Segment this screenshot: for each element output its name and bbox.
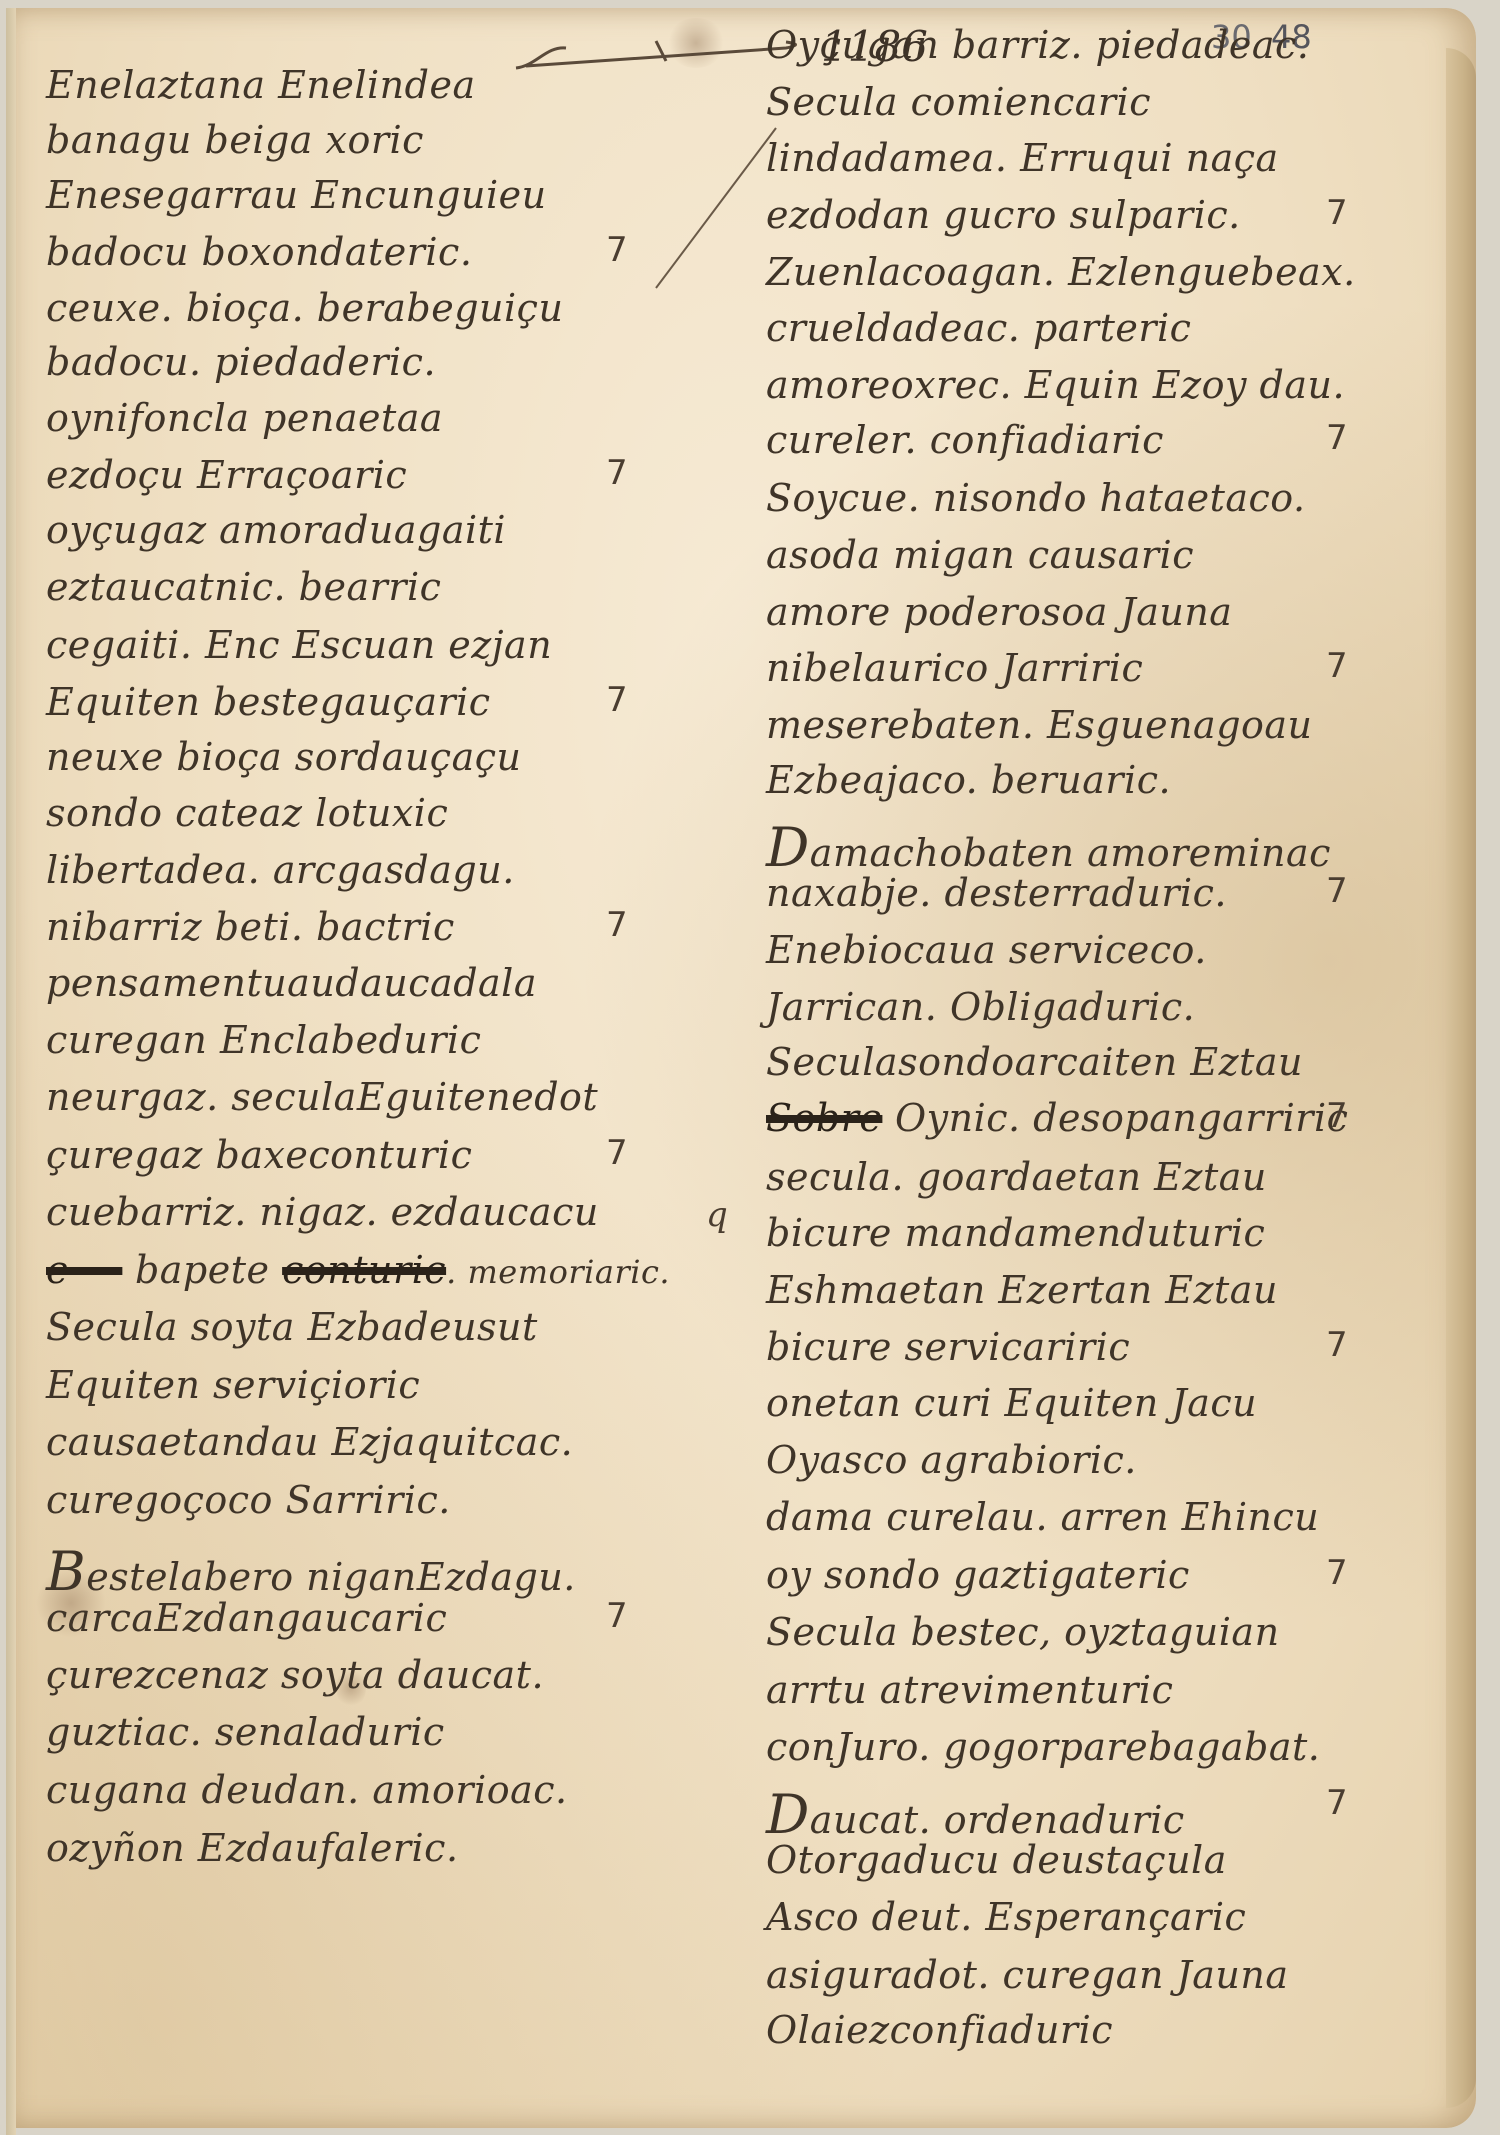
verse-line: Equiten bestegauçaric [46, 680, 491, 724]
verse-line: Ezbeajaco. beruaric. [766, 758, 1171, 802]
verse-line: curegoçoco Sarriric. [46, 1478, 451, 1522]
verse-line: ezdodan gucro sulparic. [766, 193, 1241, 237]
verse-line: Soycue. nisondo hataetaco. [766, 476, 1306, 520]
verse-line: badocu. piedaderic. [46, 340, 436, 384]
verse-end-mark-icon: 7 [1326, 1553, 1348, 1593]
verse-line: lindadamea. Erruqui naça [766, 136, 1279, 180]
verse-end-mark-icon: 7 [1326, 1096, 1348, 1136]
verse-text: conJuro. gogorparebagabat. [766, 1725, 1320, 1769]
verse-text: banagu beiga xoric [46, 118, 424, 162]
verse-text: oynifoncla penaetaa [46, 396, 443, 440]
verse-line: Eshmaetan Ezertan Eztau [766, 1268, 1278, 1312]
verse-line: e---- bapete conturic. memoriaric. [46, 1248, 670, 1292]
verse-line: Asco deut. Esperançaric [766, 1895, 1246, 1939]
verse-text: curegoçoco Sarriric. [46, 1478, 451, 1522]
verse-text: Secula bestec, oyztaguian [766, 1610, 1280, 1654]
verse-line: Otorgaducu deustaçula [766, 1838, 1227, 1882]
verse-text: Jarrican. Obligaduric. [766, 985, 1195, 1029]
verse-end-mark-icon: 7 [606, 1596, 628, 1636]
verse-text: onetan curi Equiten Jacu [766, 1381, 1257, 1425]
verse-text: cegaiti. Enc Escuan ezjan [46, 623, 552, 667]
verse-line: pensamentuaudaucadala [46, 961, 537, 1005]
verse-end-mark-icon: 7 [606, 230, 628, 270]
verse-text: Damachobaten amoreminac [766, 831, 1331, 875]
manuscript-page: 1186 30 48 Enelaztana Enelindeabanagu be… [6, 8, 1476, 2128]
verse-text: bicure servicariric [766, 1325, 1130, 1369]
verse-text: lindadamea. Erruqui naça [766, 136, 1279, 180]
verse-line: guztiac. senaladuric [46, 1710, 445, 1754]
marginal-insertion: . memoriaric. [446, 1253, 670, 1291]
verse-text: Asco deut. Esperançaric [766, 1895, 1246, 1939]
verse-text: Soycue. nisondo hataetaco. [766, 476, 1306, 520]
verse-text: eztaucatnic. bearric [46, 565, 441, 609]
verse-end-mark-icon: 7 [1326, 1783, 1348, 1823]
verse-text: çuregaz baxeconturic [46, 1133, 472, 1177]
marginal-diagonal-stroke [646, 118, 786, 298]
verse-text: Equiten serviçioric [46, 1363, 420, 1407]
verse-line: asoda migan causaric [766, 533, 1194, 577]
verse-line: Oyçugan barriz. piedadeac. [766, 23, 1309, 67]
page-fore-edge [1446, 48, 1476, 2108]
verse-end-mark-icon: 7 [606, 905, 628, 945]
verse-text: meserebaten. Esguenagoau [766, 703, 1313, 747]
verse-end-mark-icon: 7 [1326, 871, 1348, 911]
verse-text: bicure mandamenduturic [766, 1211, 1265, 1255]
verse-line: cuebarriz. nigaz. ezdaucacu [46, 1190, 599, 1234]
verse-text: nibarriz beti. bactric [46, 905, 455, 949]
verse-line: Jarrican. Obligaduric. [766, 985, 1195, 1029]
verse-text: curegan Enclabeduric [46, 1018, 481, 1062]
margin-note: q [706, 1195, 728, 1235]
verse-line: Enebiocaua serviceco. [766, 928, 1207, 972]
verse-line: dama curelau. arren Ehincu [766, 1495, 1319, 1539]
verse-line: bicure mandamenduturic [766, 1211, 1265, 1255]
verse-text: oyçugaz amoraduagaiti [46, 508, 506, 552]
verse-end-mark-icon: 7 [606, 453, 628, 493]
verse-text: Enelaztana Enelindea [46, 63, 476, 107]
verse-text: oy sondo gaztigateric [766, 1553, 1190, 1597]
verse-text: arrtu atrevimenturic [766, 1668, 1173, 1712]
verse-line: Seculasondoarcaiten Eztau [766, 1040, 1303, 1084]
verse-line: cegaiti. Enc Escuan ezjan [46, 623, 552, 667]
verse-line: cugana deudan. amorioac. [46, 1768, 568, 1812]
verse-line: Daucat. ordenaduric [766, 1783, 1185, 1846]
verse-line: Sobre Oynic. desopangarriric [766, 1096, 1348, 1140]
verse-text: asoda migan causaric [766, 533, 1194, 577]
verse-line: Olaiezconfiaduric [766, 2008, 1113, 2052]
verse-line: oyçugaz amoraduagaiti [46, 508, 506, 552]
verse-line: nibelaurico Jarriric [766, 646, 1143, 690]
verse-text: Enesegarrau Encunguieu [46, 173, 547, 217]
verse-text: crueldadeac. parteric [766, 306, 1191, 350]
verse-text: secula. goardaetan Eztau [766, 1155, 1267, 1199]
verse-line: Equiten serviçioric [46, 1363, 420, 1407]
verse-text: Ezbeajaco. beruaric. [766, 758, 1171, 802]
verse-text: Oyasco agrabioric. [766, 1438, 1137, 1482]
verse-text: Seculasondoarcaiten Eztau [766, 1040, 1303, 1084]
verse-line: Secula comiencaric [766, 80, 1151, 124]
verse-text: bapete [135, 1248, 270, 1292]
verse-line: çuregaz baxeconturic [46, 1133, 472, 1177]
verse-line: naxabje. desterraduric. [766, 871, 1227, 915]
verse-line: libertadea. arcgasdagu. [46, 848, 515, 892]
verse-line: banagu beiga xoric [46, 118, 424, 162]
struck-out-text: e---- [46, 1248, 122, 1292]
verse-text: Otorgaducu deustaçula [766, 1838, 1227, 1882]
verse-end-mark-icon: 7 [606, 1133, 628, 1173]
verse-text: guztiac. senaladuric [46, 1710, 445, 1754]
verse-line: çurezcenaz soyta daucat. [46, 1653, 544, 1697]
verse-line: Oyasco agrabioric. [766, 1438, 1137, 1482]
verse-line: amoreoxrec. Equin Ezoy dau. [766, 363, 1345, 407]
verse-text: çurezcenaz soyta daucat. [46, 1653, 544, 1697]
verse-end-mark-icon: 7 [1326, 418, 1348, 458]
verse-line: causaetandau Ezjaquitcac. [46, 1420, 573, 1464]
verse-text: naxabje. desterraduric. [766, 871, 1227, 915]
verse-text: libertadea. arcgasdagu. [46, 848, 515, 892]
verse-line: cureler. confiadiaric [766, 418, 1164, 462]
struck-out-text: conturic [282, 1248, 446, 1292]
verse-line: Damachobaten amoreminac [766, 816, 1331, 879]
struck-out-text: Sobre [766, 1096, 882, 1140]
verse-text: ezdoçu Erraçoaric [46, 453, 407, 497]
verse-line: Zuenlacoagan. Ezlenguebeax. [766, 250, 1356, 294]
verse-line: oynifoncla penaetaa [46, 396, 443, 440]
verse-end-mark-icon: 7 [606, 680, 628, 720]
verse-text: ozyñon Ezdaufaleric. [46, 1826, 459, 1870]
verse-line: badocu boxondateric. [46, 230, 472, 274]
verse-text: Secula comiencaric [766, 80, 1151, 124]
verse-text: Olaiezconfiaduric [766, 2008, 1113, 2052]
verse-text: cureler. confiadiaric [766, 418, 1164, 462]
verse-text: amoreoxrec. Equin Ezoy dau. [766, 363, 1345, 407]
verse-line: amore poderosoa Jauna [766, 590, 1232, 634]
top-flourish-icon [506, 36, 806, 76]
verse-text: Daucat. ordenaduric [766, 1798, 1185, 1842]
verse-text: cuebarriz. nigaz. ezdaucacu [46, 1190, 599, 1234]
verse-text: neuxe bioça sordauçaçu [46, 735, 522, 779]
verse-line: sondo cateaz lotuxic [46, 791, 448, 835]
verse-line: arrtu atrevimenturic [766, 1668, 1173, 1712]
verse-text: Zuenlacoagan. Ezlenguebeax. [766, 250, 1356, 294]
verse-line: asiguradot. curegan Jauna [766, 1953, 1289, 1997]
verse-text: Eshmaetan Ezertan Eztau [766, 1268, 1278, 1312]
verse-text: Bestelabero niganEzdagu. [46, 1555, 576, 1599]
verse-line: neuxe bioça sordauçaçu [46, 735, 522, 779]
verse-text: Enebiocaua serviceco. [766, 928, 1207, 972]
verse-text: pensamentuaudaucadala [46, 961, 537, 1005]
verse-text: badocu boxondateric. [46, 230, 472, 274]
verse-text: sondo cateaz lotuxic [46, 791, 448, 835]
verse-end-mark-icon: 7 [1326, 193, 1348, 233]
verse-line: onetan curi Equiten Jacu [766, 1381, 1257, 1425]
verse-line: carcaEzdangaucaric [46, 1596, 447, 1640]
verse-line: Enesegarrau Encunguieu [46, 173, 547, 217]
verse-text: dama curelau. arren Ehincu [766, 1495, 1319, 1539]
manuscript-scan: 1186 30 48 Enelaztana Enelindeabanagu be… [0, 0, 1500, 2135]
verse-text: ezdodan gucro sulparic. [766, 193, 1241, 237]
verse-line: nibarriz beti. bactric [46, 905, 455, 949]
verse-text: causaetandau Ezjaquitcac. [46, 1420, 573, 1464]
verse-line: oy sondo gaztigateric [766, 1553, 1190, 1597]
verse-line: meserebaten. Esguenagoau [766, 703, 1313, 747]
verse-text: cugana deudan. amorioac. [46, 1768, 568, 1812]
verse-line: neurgaz. seculaEguitenedot [46, 1075, 598, 1119]
verse-text: carcaEzdangaucaric [46, 1596, 447, 1640]
verse-line: crueldadeac. parteric [766, 306, 1191, 350]
verse-line: bicure servicariric [766, 1325, 1130, 1369]
verse-text: asiguradot. curegan Jauna [766, 1953, 1289, 1997]
verse-line: Enelaztana Enelindea [46, 63, 476, 107]
verse-end-mark-icon: 7 [1326, 646, 1348, 686]
verse-end-mark-icon: 7 [1326, 1325, 1348, 1365]
verse-line: curegan Enclabeduric [46, 1018, 481, 1062]
verse-line: ceuxe. bioça. berabeguiçu [46, 286, 563, 330]
verse-line: Secula soyta Ezbadeusut [46, 1305, 538, 1349]
verse-text: Secula soyta Ezbadeusut [46, 1305, 538, 1349]
verse-text: Oyçugan barriz. piedadeac. [766, 23, 1309, 67]
verse-line: Secula bestec, oyztaguian [766, 1610, 1280, 1654]
verse-line: conJuro. gogorparebagabat. [766, 1725, 1320, 1769]
verse-text: badocu. piedaderic. [46, 340, 436, 384]
verse-text: Equiten bestegauçaric [46, 680, 491, 724]
verse-line: ezdoçu Erraçoaric [46, 453, 407, 497]
verse-line: secula. goardaetan Eztau [766, 1155, 1267, 1199]
verse-text: Oynic. desopangarriric [895, 1096, 1348, 1140]
verse-text: amore poderosoa Jauna [766, 590, 1232, 634]
verse-text: ceuxe. bioça. berabeguiçu [46, 286, 563, 330]
verse-line: Bestelabero niganEzdagu. [46, 1540, 576, 1603]
page-binding-edge [6, 8, 16, 2135]
verse-line: eztaucatnic. bearric [46, 565, 441, 609]
verse-line: ozyñon Ezdaufaleric. [46, 1826, 459, 1870]
verse-text: nibelaurico Jarriric [766, 646, 1143, 690]
verse-text: neurgaz. seculaEguitenedot [46, 1075, 598, 1119]
